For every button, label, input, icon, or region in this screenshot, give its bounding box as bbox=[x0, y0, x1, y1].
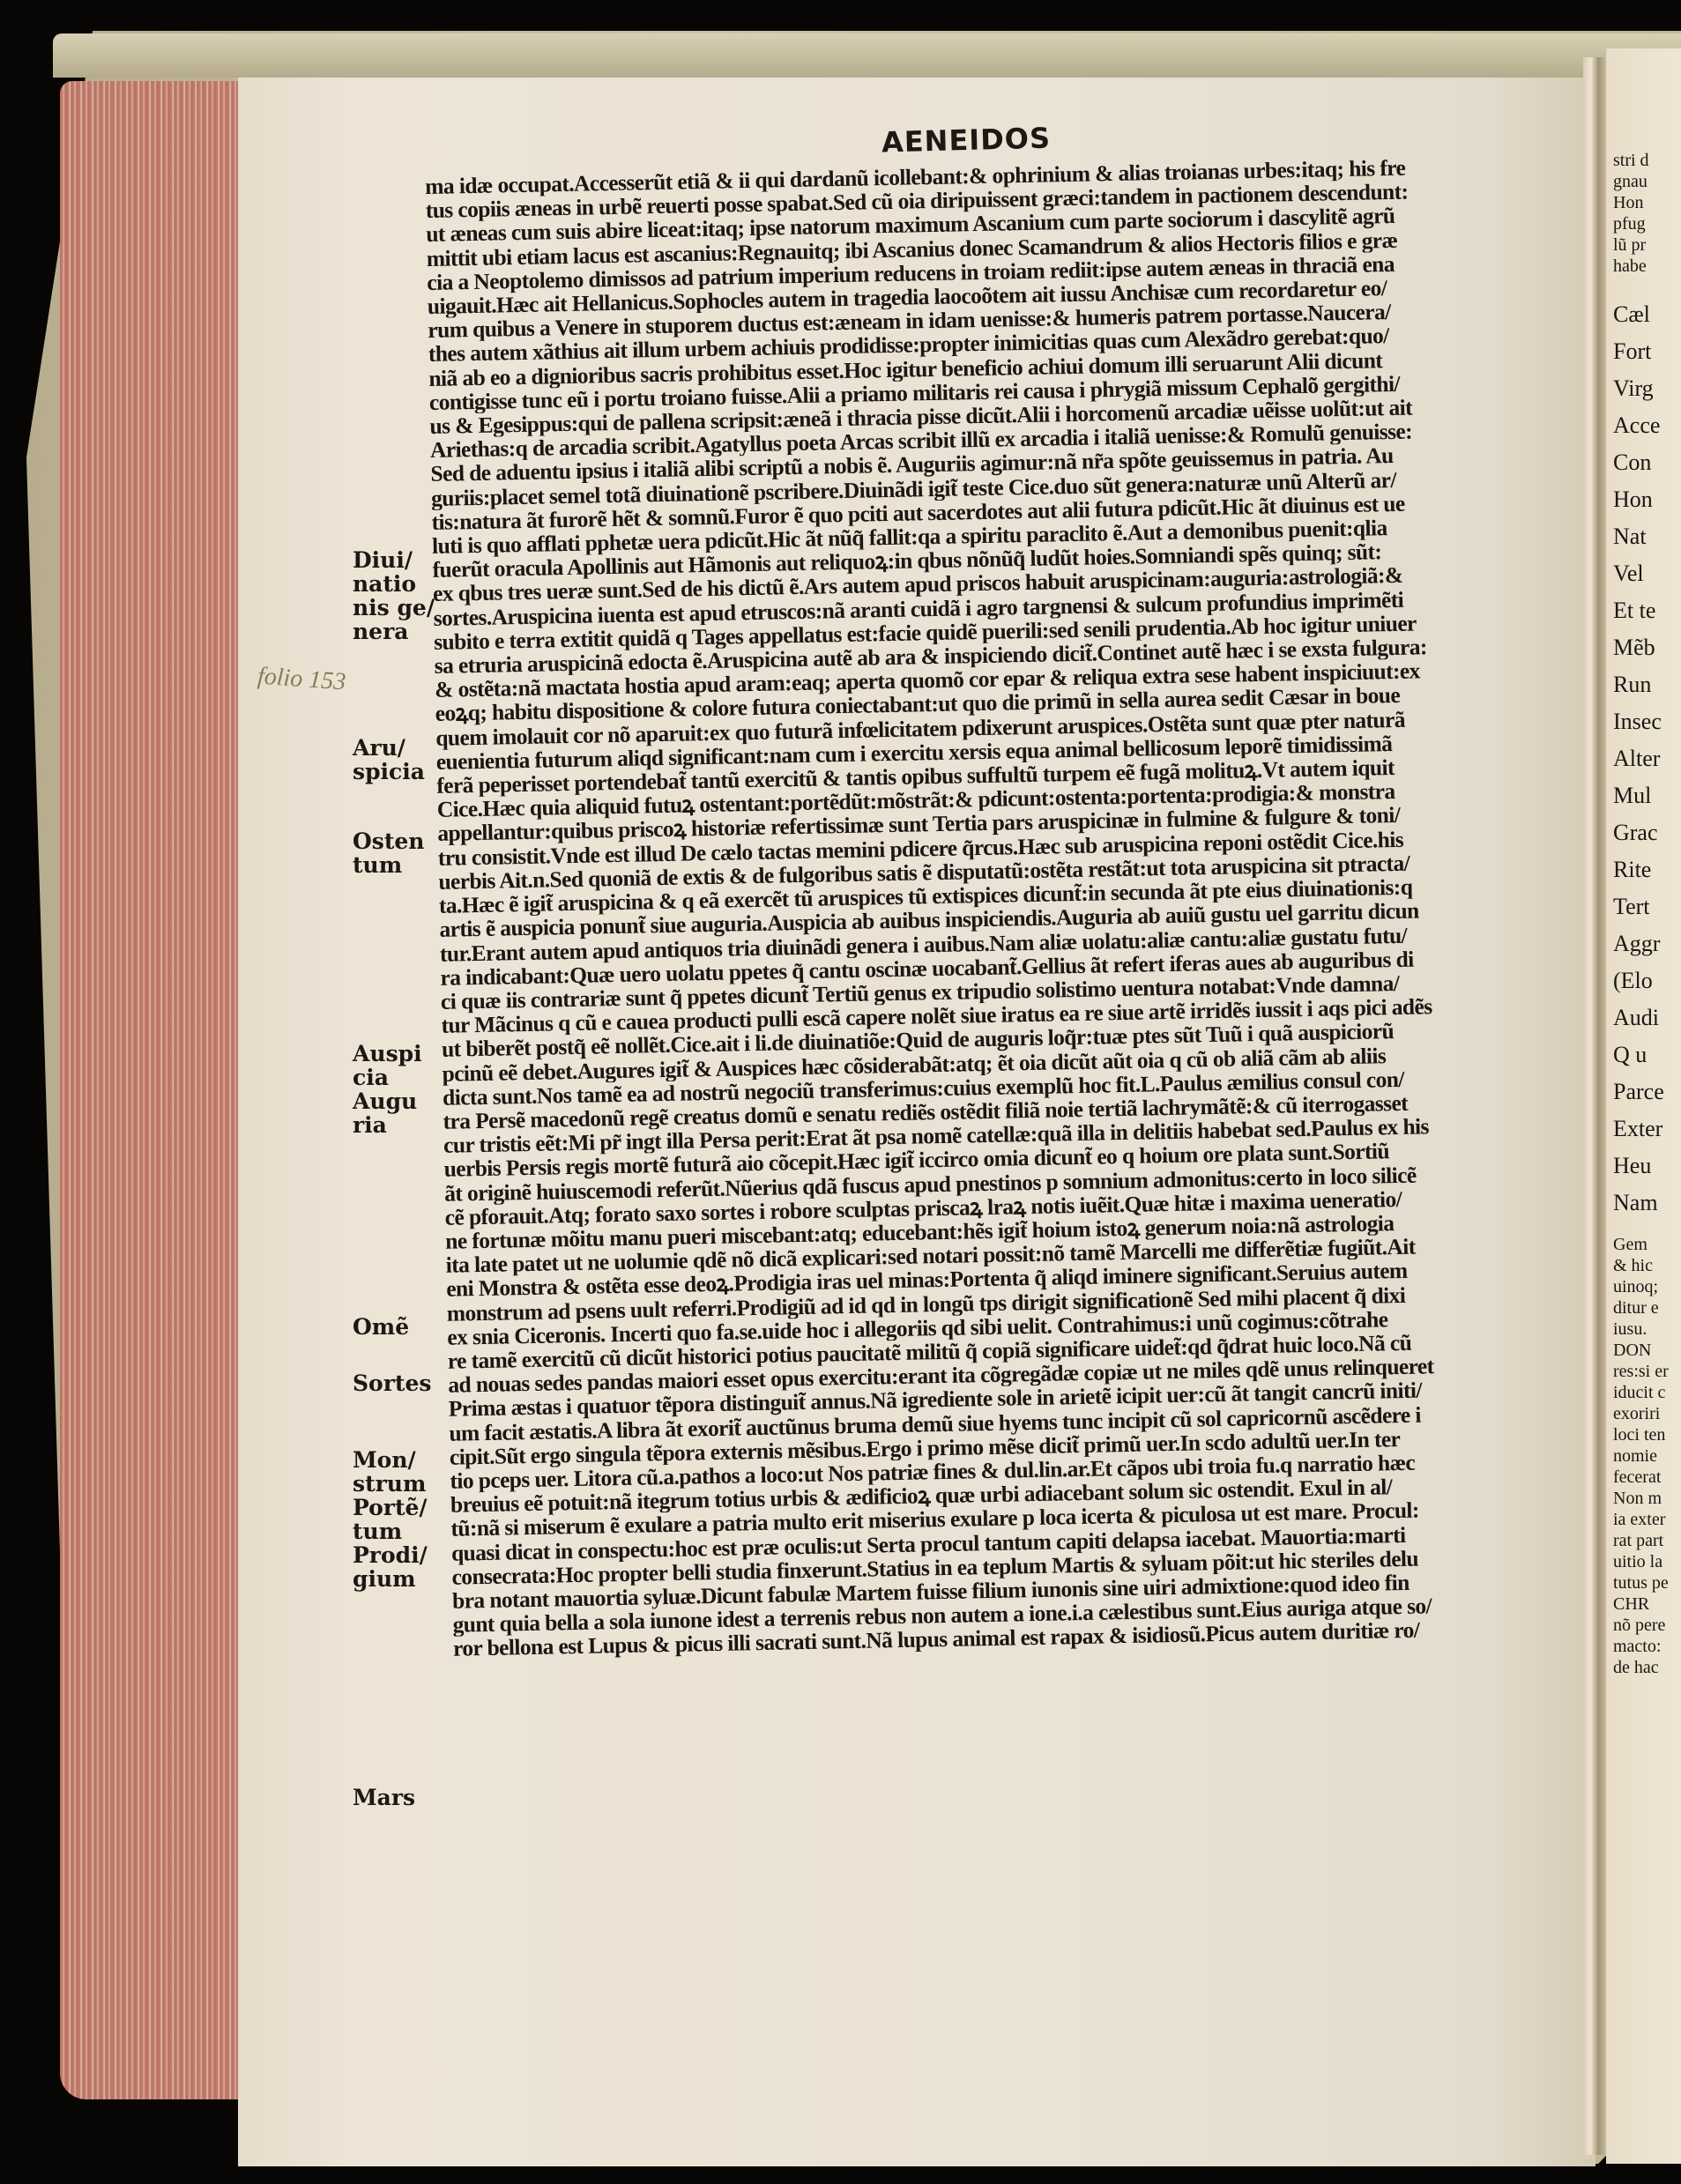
facing-page-line: habe bbox=[1613, 256, 1681, 277]
facing-page-line: Acce bbox=[1613, 407, 1681, 444]
marginal-gloss: spicia bbox=[353, 761, 425, 784]
marginal-gloss: Omẽ bbox=[353, 1316, 409, 1339]
facing-page-line: nomie bbox=[1613, 1445, 1681, 1467]
facing-page-line: ditur e bbox=[1613, 1297, 1681, 1319]
facing-page-line: lũ pr bbox=[1613, 234, 1681, 256]
marginal-gloss: Diui/ bbox=[353, 549, 413, 572]
facing-page-line: pfug bbox=[1613, 213, 1681, 234]
marginal-gloss: tum bbox=[353, 1520, 402, 1543]
facing-page-line: uinoq; bbox=[1613, 1276, 1681, 1297]
facing-page-line: Virg bbox=[1613, 370, 1681, 407]
facing-page-line: Parce bbox=[1613, 1073, 1681, 1111]
marginal-gloss: Mon/ bbox=[353, 1449, 416, 1472]
marginal-gloss: strum bbox=[353, 1473, 426, 1496]
facing-page-line: Fort bbox=[1613, 333, 1681, 370]
marginal-gloss: Prodi/ bbox=[353, 1544, 428, 1567]
facing-page-line: CHR bbox=[1613, 1593, 1681, 1615]
facing-page-line: Rite bbox=[1613, 851, 1681, 888]
facing-page-line: Nam bbox=[1613, 1185, 1681, 1222]
facing-page-line: Mul bbox=[1613, 777, 1681, 814]
facing-page-line: uitio la bbox=[1613, 1551, 1681, 1572]
facing-page-line: ia exter bbox=[1613, 1509, 1681, 1530]
facing-page-line: iusu. bbox=[1613, 1319, 1681, 1340]
marginal-gloss: ria bbox=[353, 1114, 387, 1137]
facing-page-line: (Elo bbox=[1613, 962, 1681, 999]
marginal-gloss: natio bbox=[353, 573, 416, 596]
facing-page-line: Heu bbox=[1613, 1148, 1681, 1185]
marginal-gloss: nis ge/ bbox=[353, 597, 435, 620]
facing-page-line: de hac bbox=[1613, 1657, 1681, 1678]
facing-page-line: DON bbox=[1613, 1340, 1681, 1361]
facing-page-line: Grac bbox=[1613, 814, 1681, 851]
facing-page-line: Cæl bbox=[1613, 296, 1681, 333]
facing-page-line: Vel bbox=[1613, 555, 1681, 592]
facing-page-line: macto: bbox=[1613, 1636, 1681, 1657]
marginal-gloss: Portẽ/ bbox=[353, 1497, 428, 1519]
marginal-gloss: gium bbox=[353, 1568, 416, 1591]
facing-page-line: Tert bbox=[1613, 888, 1681, 925]
facing-page-line: Con bbox=[1613, 444, 1681, 481]
facing-page-line: Non m bbox=[1613, 1488, 1681, 1509]
facing-page-line: rat part bbox=[1613, 1530, 1681, 1551]
facing-page-line: stri d bbox=[1613, 150, 1681, 171]
main-text-block: ma idæ occupat.Accesserũt etiã & ii qui … bbox=[425, 152, 1599, 1660]
facing-page-line: gnau bbox=[1613, 171, 1681, 192]
marginal-gloss: Mars bbox=[353, 1787, 415, 1809]
facing-page-line: Alter bbox=[1613, 740, 1681, 777]
marginal-gloss: Sortes bbox=[353, 1372, 431, 1395]
running-head: AENEIDOS bbox=[881, 121, 1052, 159]
facing-page-line: Et te bbox=[1613, 592, 1681, 629]
facing-page-line: Nat bbox=[1613, 518, 1681, 555]
facing-page-line: Run bbox=[1613, 666, 1681, 703]
marginal-gloss: Augu bbox=[353, 1090, 417, 1113]
facing-page-line: Insec bbox=[1613, 703, 1681, 740]
marginal-gloss: nera bbox=[353, 620, 408, 643]
book-cover-top-edge bbox=[53, 33, 1681, 78]
facing-page-line: Hon bbox=[1613, 192, 1681, 213]
marginal-gloss: Aru/ bbox=[353, 737, 405, 760]
facing-page-line: iducit c bbox=[1613, 1382, 1681, 1403]
facing-page-line: res:si er bbox=[1613, 1361, 1681, 1382]
marginal-gloss: tum bbox=[353, 854, 402, 877]
facing-page-line: tutus pe bbox=[1613, 1572, 1681, 1593]
facing-page-line: Gem bbox=[1613, 1234, 1681, 1255]
facing-page-line: nõ pere bbox=[1613, 1615, 1681, 1636]
marginal-gloss: Osten bbox=[353, 830, 424, 853]
facing-page-text: stri dgnauHonpfuglũ prhabeCælFortVirgAcc… bbox=[1613, 150, 1681, 1678]
facing-page-line: Exter bbox=[1613, 1111, 1681, 1148]
facing-page-line: Hon bbox=[1613, 481, 1681, 518]
facing-page-line: Mẽb bbox=[1613, 629, 1681, 666]
facing-page-line: loci ten bbox=[1613, 1424, 1681, 1445]
marginal-gloss: cia bbox=[353, 1066, 389, 1089]
facing-page-line: Q u bbox=[1613, 1036, 1681, 1073]
facing-page-line: Aggr bbox=[1613, 925, 1681, 962]
facing-page-line: Audi bbox=[1613, 999, 1681, 1036]
red-page-fore-edge bbox=[60, 81, 245, 2099]
marginal-gloss: Auspi bbox=[353, 1043, 422, 1066]
facing-page-line: & hic bbox=[1613, 1255, 1681, 1276]
facing-page-line: exoriri bbox=[1613, 1403, 1681, 1424]
facing-page-line: fecerat bbox=[1613, 1467, 1681, 1488]
